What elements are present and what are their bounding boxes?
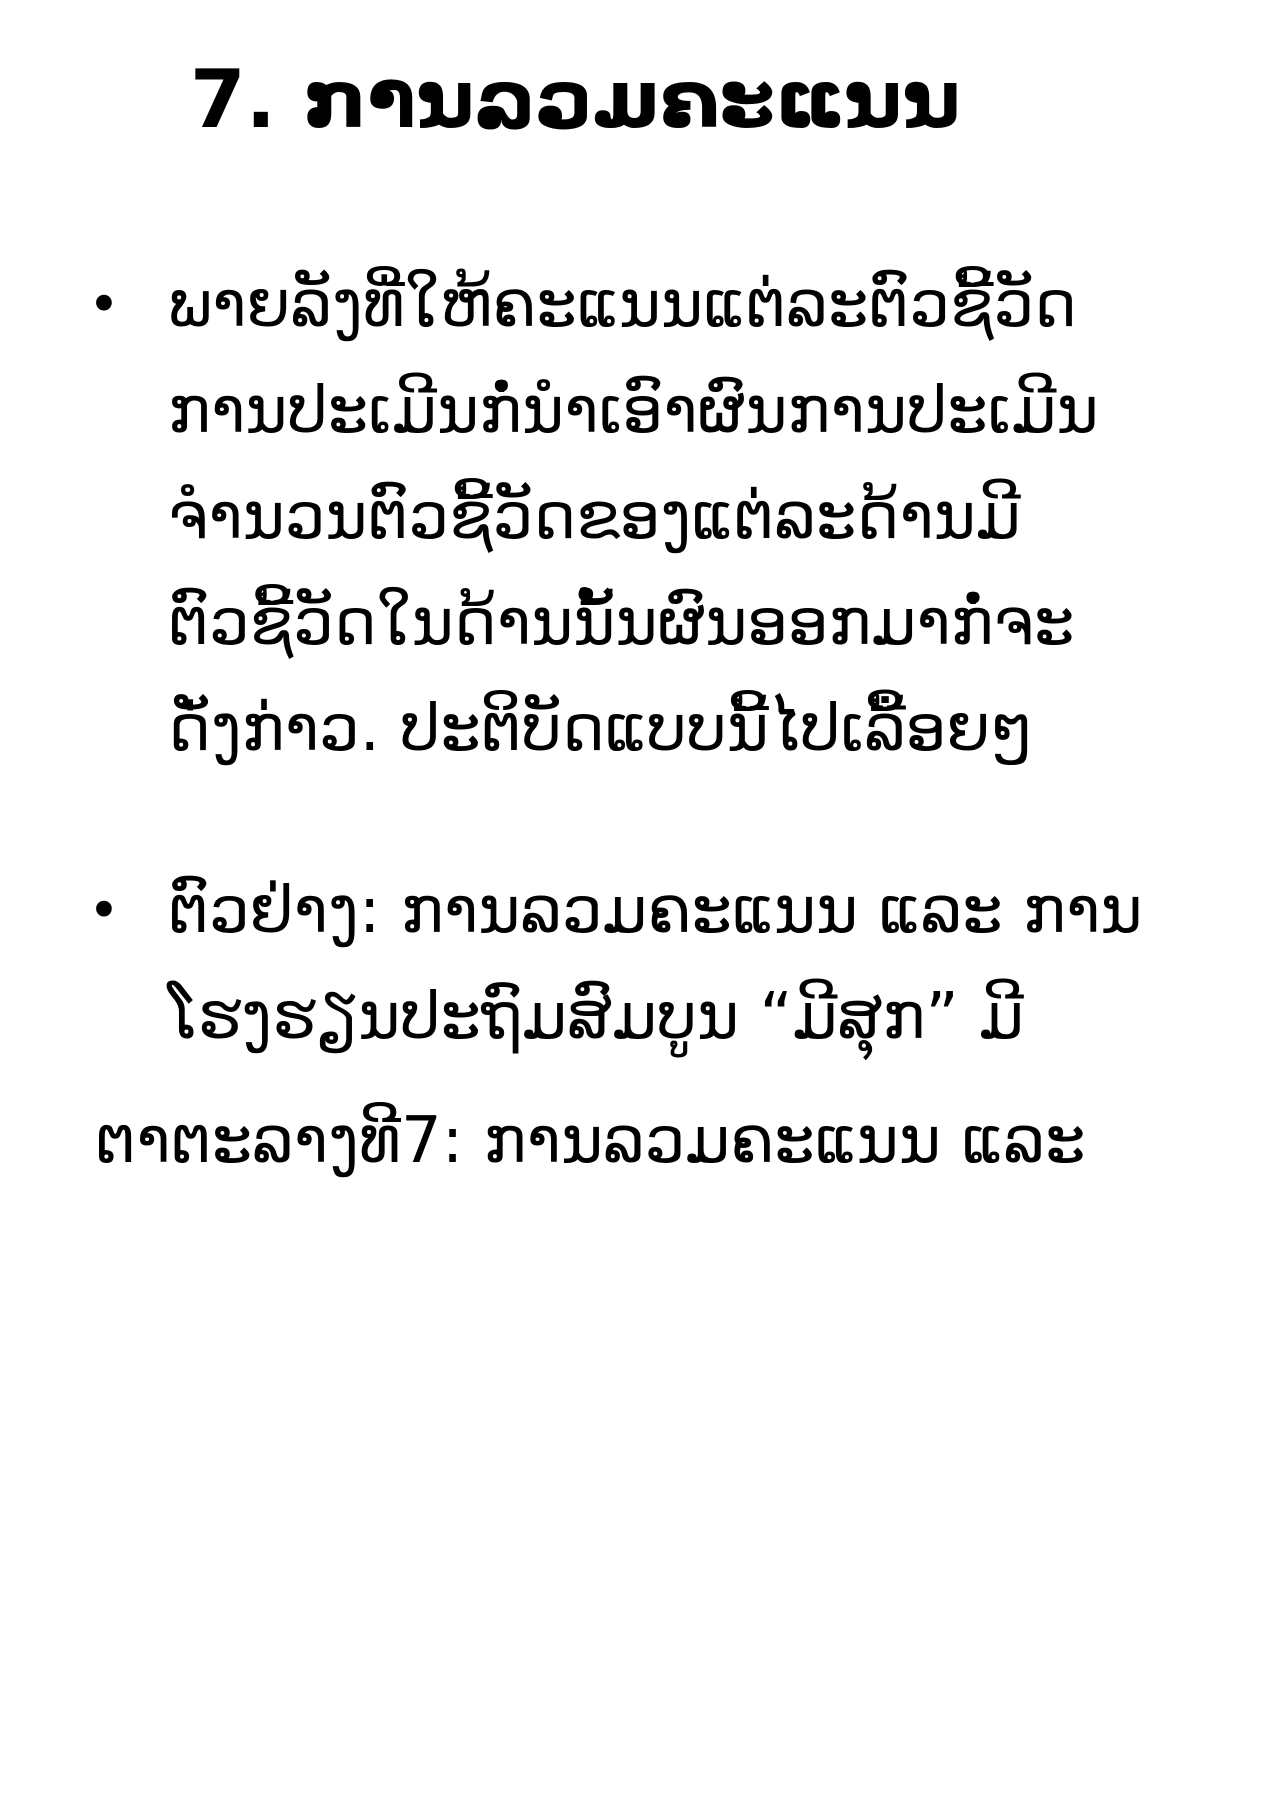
bullet-icon: • xyxy=(88,858,120,964)
table-caption: ຕາຕະລາງທີ7: ການລວມຄະແນນ ແລະ xyxy=(95,1088,1085,1194)
bullet-1-line-2: ການປະເມີນກໍ່ນຳເອົາຜົນການປະເມີນ xyxy=(0,358,1273,464)
bullet-paragraph-2: • ຕົວຢ່າງ: ການລວມຄະແນນ ແລະ ການ ໂຮງຮຽນປະຖ… xyxy=(0,858,1273,1070)
bullet-icon: • xyxy=(88,252,120,358)
bullet-1-line-5: ດັ່ງກ່າວ. ປະຕິບັດແບບນີ້ໄປເລື້ອຍໆ xyxy=(0,676,1273,782)
bullet-2-line-1: ຕົວຢ່າງ: ການລວມຄະແນນ ແລະ ການ xyxy=(0,858,1273,964)
slide-title: 7. ການລວມຄະແນນ xyxy=(190,48,960,152)
bullet-1-line-1: ພາຍລັງທີ່ໃຫ້ຄະແນນແຕ່ລະຕົວຊີ້ວັດ xyxy=(0,252,1273,358)
slide: 7. ການລວມຄະແນນ • ພາຍລັງທີ່ໃຫ້ຄະແນນແຕ່ລະຕ… xyxy=(0,0,1273,1800)
bullet-2-line-2: ໂຮງຮຽນປະຖົມສົມບູນ “ມີສຸກ” ມີ xyxy=(0,964,1273,1070)
bullet-1-line-3: ຈຳນວນຕົວຊີ້ວັດຂອງແຕ່ລະດ້ານມີ xyxy=(0,464,1273,570)
bullet-paragraph-1: • ພາຍລັງທີ່ໃຫ້ຄະແນນແຕ່ລະຕົວຊີ້ວັດ ການປະເ… xyxy=(0,252,1273,782)
bullet-1-line-4: ຕົວຊີ້ວັດໃນດ້ານນັ້ນຜົນອອກມາກໍ່ຈະ xyxy=(0,570,1273,676)
